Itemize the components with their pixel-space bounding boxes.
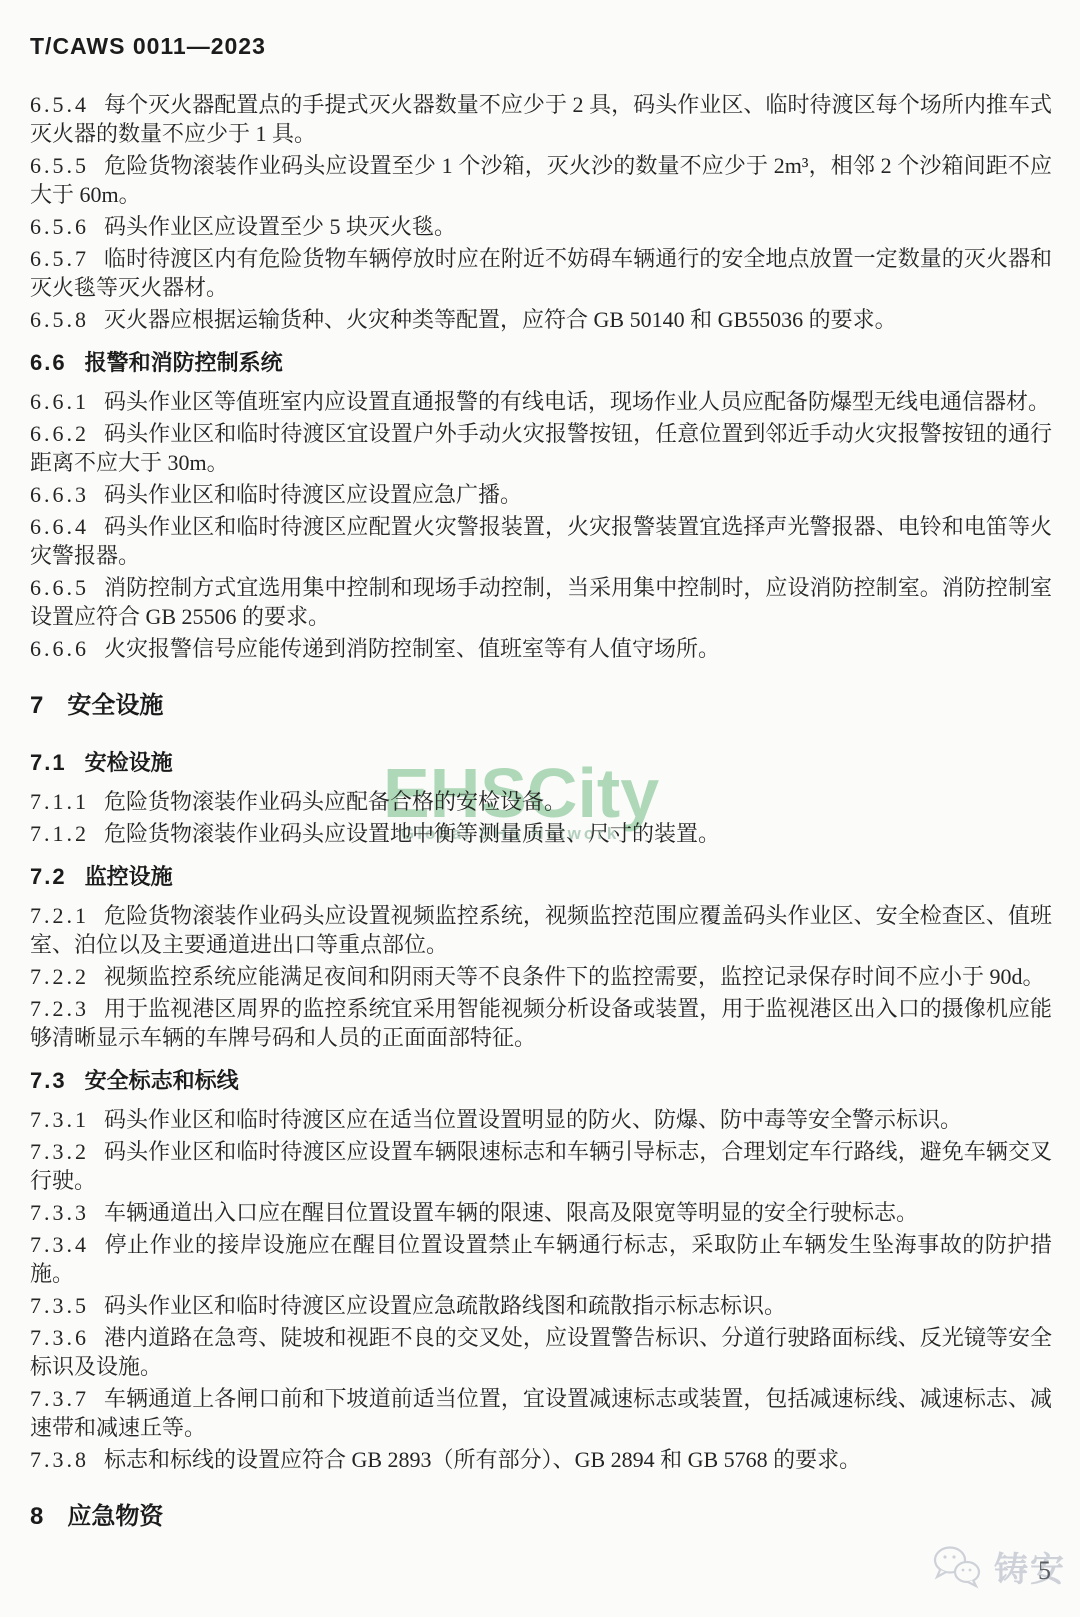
clause: 6.6.4码头作业区和临时待渡区应配置火灾警报装置，火灾报警装置宜选择声光警报器… bbox=[30, 512, 1052, 570]
section-heading: 7.3安全标志和标线 bbox=[30, 1066, 1052, 1095]
clause-text: 港内道路在急弯、陡坡和视距不良的交叉处，应设置警告标识、分道行驶路面标线、反光镜… bbox=[30, 1325, 1052, 1379]
clause-number: 8 bbox=[30, 1503, 45, 1530]
clause-number: 6.6 bbox=[30, 350, 67, 375]
clause-number: 7 bbox=[30, 692, 45, 719]
clause: 7.3.2码头作业区和临时待渡区应设置车辆限速标志和车辆引导标志，合理划定车行路… bbox=[30, 1137, 1052, 1195]
clause-number: 6.5.5 bbox=[30, 153, 89, 178]
clause-number: 6.5.6 bbox=[30, 214, 89, 239]
clause-number: 6.6.5 bbox=[30, 575, 89, 600]
clause-number: 7.3.6 bbox=[30, 1325, 89, 1350]
clause-number: 7.1 bbox=[30, 750, 67, 775]
clause: 7.2.1危险货物滚装作业码头应设置视频监控系统，视频监控范围应覆盖码头作业区、… bbox=[30, 901, 1052, 959]
clause: 6.6.6火灾报警信号应能传递到消防控制室、值班室等有人值守场所。 bbox=[30, 634, 1052, 663]
section-heading: 8应急物资 bbox=[30, 1500, 1052, 1533]
clause-text: 消防控制方式宜选用集中控制和现场手动控制，当采用集中控制时，应设消防控制室。消防… bbox=[30, 575, 1052, 629]
clause-number: 7.2.2 bbox=[30, 964, 89, 989]
clause-text: 码头作业区和临时待渡区应在适当位置设置明显的防火、防爆、防中毒等安全警示标识。 bbox=[104, 1107, 962, 1132]
document-body: 6.5.4每个灭火器配置点的手提式灭火器数量不应少于 2 具，码头作业区、临时待… bbox=[30, 90, 1052, 1533]
clause-text: 安全设施 bbox=[67, 692, 163, 719]
clause-text: 监控设施 bbox=[85, 864, 173, 889]
clause-text: 危险货物滚装作业码头应配备合格的安检设备。 bbox=[104, 789, 566, 814]
clause-text: 用于监视港区周界的监控系统宜采用智能视频分析设备或装置，用于监视港区出入口的摄像… bbox=[30, 996, 1052, 1050]
clause-text: 火灾报警信号应能传递到消防控制室、值班室等有人值守场所。 bbox=[104, 636, 720, 661]
document-page: EHSCity Global EHS Network T/CAWS 0011—2… bbox=[0, 0, 1080, 1617]
clause: 6.5.4每个灭火器配置点的手提式灭火器数量不应少于 2 具，码头作业区、临时待… bbox=[30, 90, 1052, 148]
clause: 7.3.3车辆通道出入口应在醒目位置设置车辆的限速、限高及限宽等明显的安全行驶标… bbox=[30, 1198, 1052, 1227]
clause: 7.2.3用于监视港区周界的监控系统宜采用智能视频分析设备或装置，用于监视港区出… bbox=[30, 994, 1052, 1052]
clause-number: 7.3.5 bbox=[30, 1293, 89, 1318]
clause-text: 码头作业区等值班室内应设置直通报警的有线电话，现场作业人员应配备防爆型无线电通信… bbox=[104, 389, 1050, 414]
clause-number: 7.3.3 bbox=[30, 1200, 89, 1225]
clause-text: 报警和消防控制系统 bbox=[85, 350, 283, 375]
clause-number: 7.3 bbox=[30, 1068, 67, 1093]
clause: 7.1.1危险货物滚装作业码头应配备合格的安检设备。 bbox=[30, 787, 1052, 816]
clause-number: 7.3.7 bbox=[30, 1386, 89, 1411]
clause: 6.6.5消防控制方式宜选用集中控制和现场手动控制，当采用集中控制时，应设消防控… bbox=[30, 573, 1052, 631]
clause: 6.6.2码头作业区和临时待渡区宜设置户外手动火灾报警按钮，任意位置到邻近手动火… bbox=[30, 419, 1052, 477]
section-heading: 7.2监控设施 bbox=[30, 862, 1052, 891]
clause-text: 车辆通道上各闸口前和下坡道前适当位置，宜设置减速标志或装置，包括减速标线、减速标… bbox=[30, 1386, 1052, 1440]
section-heading: 7.1安检设施 bbox=[30, 748, 1052, 777]
clause-number: 7.3.1 bbox=[30, 1107, 89, 1132]
clause-text: 码头作业区和临时待渡区应设置应急疏散路线图和疏散指示标志标识。 bbox=[104, 1293, 786, 1318]
clause: 7.3.4停止作业的接岸设施应在醒目位置设置禁止车辆通行标志，采取防止车辆发生坠… bbox=[30, 1230, 1052, 1288]
clause: 7.3.6港内道路在急弯、陡坡和视距不良的交叉处，应设置警告标识、分道行驶路面标… bbox=[30, 1323, 1052, 1381]
clause-number: 7.2.3 bbox=[30, 996, 89, 1021]
clause-text: 应急物资 bbox=[67, 1503, 163, 1530]
clause-number: 7.2.1 bbox=[30, 903, 89, 928]
clause-number: 7.2 bbox=[30, 864, 67, 889]
clause: 6.5.6码头作业区应设置至少 5 块灭火毯。 bbox=[30, 212, 1052, 241]
clause-text: 每个灭火器配置点的手提式灭火器数量不应少于 2 具，码头作业区、临时待渡区每个场… bbox=[30, 92, 1052, 146]
clause: 6.6.1码头作业区等值班室内应设置直通报警的有线电话，现场作业人员应配备防爆型… bbox=[30, 387, 1052, 416]
clause: 6.5.8灭火器应根据运输货种、火灾种类等配置，应符合 GB 50140 和 G… bbox=[30, 305, 1052, 334]
clause-number: 6.5.4 bbox=[30, 92, 89, 117]
clause: 7.3.7车辆通道上各闸口前和下坡道前适当位置，宜设置减速标志或装置，包括减速标… bbox=[30, 1384, 1052, 1442]
zhuan-watermark-label: 铸安 bbox=[994, 1550, 1066, 1590]
clause-number: 6.6.3 bbox=[30, 482, 89, 507]
clause-text: 码头作业区和临时待渡区应设置应急广播。 bbox=[104, 482, 522, 507]
clause-number: 6.6.2 bbox=[30, 421, 89, 446]
wechat-icon bbox=[930, 1544, 984, 1595]
clause-text: 灭火器应根据运输货种、火灾种类等配置，应符合 GB 50140 和 GB5503… bbox=[104, 307, 897, 332]
clause-number: 7.1.2 bbox=[30, 821, 89, 846]
clause-text: 码头作业区应设置至少 5 块灭火毯。 bbox=[104, 214, 456, 239]
clause-text: 标志和标线的设置应符合 GB 2893（所有部分）、GB 2894 和 GB 5… bbox=[104, 1447, 861, 1472]
clause-number: 7.3.4 bbox=[30, 1232, 89, 1257]
clause: 6.5.7临时待渡区内有危险货物车辆停放时应在附近不妨碍车辆通行的安全地点放置一… bbox=[30, 244, 1052, 302]
section-heading: 7安全设施 bbox=[30, 689, 1052, 722]
clause-number: 7.1.1 bbox=[30, 789, 89, 814]
standard-number-header: T/CAWS 0011—2023 bbox=[30, 33, 1052, 60]
clause-text: 视频监控系统应能满足夜间和阴雨天等不良条件下的监控需要，监控记录保存时间不应小于… bbox=[104, 964, 1045, 989]
clause: 7.3.1码头作业区和临时待渡区应在适当位置设置明显的防火、防爆、防中毒等安全警… bbox=[30, 1105, 1052, 1134]
clause-text: 危险货物滚装作业码头应设置地中衡等测量质量、尺寸的装置。 bbox=[104, 821, 720, 846]
clause-number: 7.3.8 bbox=[30, 1447, 89, 1472]
clause: 7.3.5码头作业区和临时待渡区应设置应急疏散路线图和疏散指示标志标识。 bbox=[30, 1291, 1052, 1320]
clause: 7.1.2危险货物滚装作业码头应设置地中衡等测量质量、尺寸的装置。 bbox=[30, 819, 1052, 848]
clause-text: 危险货物滚装作业码头应设置至少 1 个沙箱，灭火沙的数量不应少于 2m³，相邻 … bbox=[30, 153, 1052, 207]
clause-number: 6.6.6 bbox=[30, 636, 89, 661]
clause: 7.2.2视频监控系统应能满足夜间和阴雨天等不良条件下的监控需要，监控记录保存时… bbox=[30, 962, 1052, 991]
clause-number: 6.5.8 bbox=[30, 307, 89, 332]
clause-text: 临时待渡区内有危险货物车辆停放时应在附近不妨碍车辆通行的安全地点放置一定数量的灭… bbox=[30, 246, 1052, 300]
clause-text: 码头作业区和临时待渡区应配置火灾警报装置，火灾报警装置宜选择声光警报器、电铃和电… bbox=[30, 514, 1052, 568]
clause-text: 车辆通道出入口应在醒目位置设置车辆的限速、限高及限宽等明显的安全行驶标志。 bbox=[104, 1200, 918, 1225]
section-heading: 6.6报警和消防控制系统 bbox=[30, 348, 1052, 377]
page-number: 5 bbox=[1038, 1556, 1051, 1586]
clause-text: 危险货物滚装作业码头应设置视频监控系统，视频监控范围应覆盖码头作业区、安全检查区… bbox=[30, 903, 1052, 957]
clause-text: 码头作业区和临时待渡区应设置车辆限速标志和车辆引导标志，合理划定车行路线，避免车… bbox=[30, 1139, 1052, 1193]
clause-text: 安全标志和标线 bbox=[85, 1068, 239, 1093]
clause: 6.5.5危险货物滚装作业码头应设置至少 1 个沙箱，灭火沙的数量不应少于 2m… bbox=[30, 151, 1052, 209]
clause-text: 安检设施 bbox=[85, 750, 173, 775]
clause-text: 停止作业的接岸设施应在醒目位置设置禁止车辆通行标志，采取防止车辆发生坠海事故的防… bbox=[30, 1232, 1052, 1286]
clause: 6.6.3码头作业区和临时待渡区应设置应急广播。 bbox=[30, 480, 1052, 509]
clause-number: 6.6.4 bbox=[30, 514, 89, 539]
clause-number: 7.3.2 bbox=[30, 1139, 89, 1164]
clause-number: 6.5.7 bbox=[30, 246, 89, 271]
clause-text: 码头作业区和临时待渡区宜设置户外手动火灾报警按钮，任意位置到邻近手动火灾报警按钮… bbox=[30, 421, 1052, 475]
clause-number: 6.6.1 bbox=[30, 389, 89, 414]
clause: 7.3.8标志和标线的设置应符合 GB 2893（所有部分）、GB 2894 和… bbox=[30, 1445, 1052, 1474]
document-content: T/CAWS 0011—2023 6.5.4每个灭火器配置点的手提式灭火器数量不… bbox=[0, 0, 1080, 1533]
